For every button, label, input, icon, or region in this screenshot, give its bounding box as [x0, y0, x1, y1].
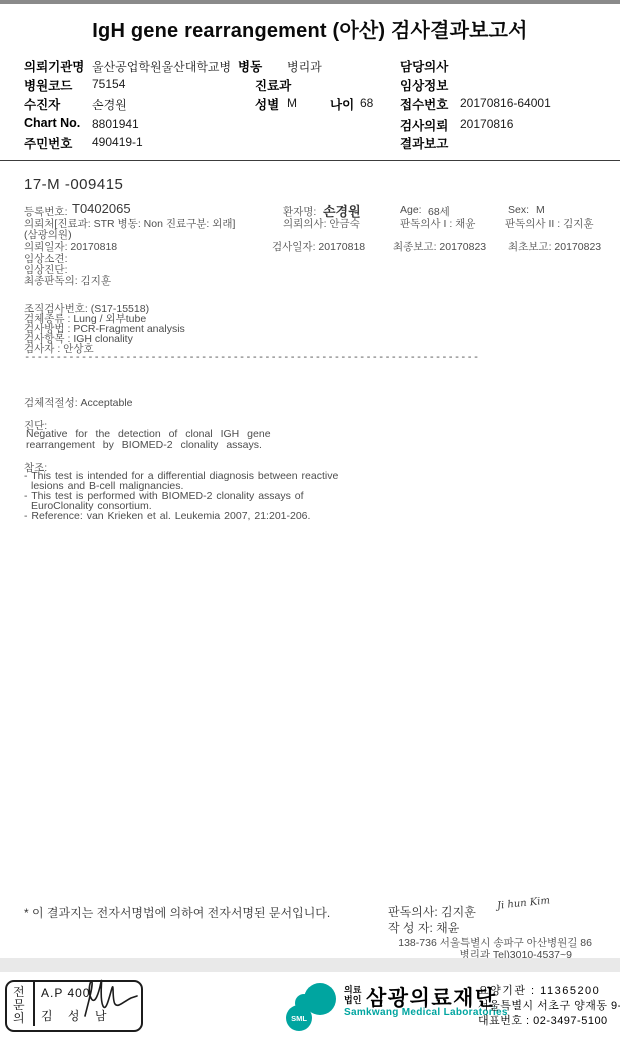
ref-note-5: - Reference: van Krieken et al. Leukemia…	[24, 510, 310, 522]
ward-label: 병동	[238, 57, 262, 75]
specimen-adequacy: 검체적절성: Acceptable	[24, 395, 133, 410]
sex-label: 성별	[255, 95, 279, 113]
reader-handwritten-signature: Ji hun Kim	[497, 895, 551, 911]
department-label: 진료과	[255, 76, 291, 94]
sml-logo-text: SML	[291, 1014, 307, 1023]
test-request-value: 20170816	[460, 117, 513, 131]
chart-no-value: 8801941	[92, 117, 139, 131]
reader1: 판독의사 I : 채윤	[400, 216, 475, 231]
reader2: 판독의사 II : 김지훈	[505, 216, 594, 231]
clinical-info-label: 임상정보	[400, 76, 448, 94]
writer-line: 작 성 자: 채윤	[388, 919, 459, 936]
dashed-divider: ----------------------------------------…	[24, 351, 479, 363]
org-type-line1: 의료	[344, 986, 361, 995]
report-title: IgH gene rearrangement (아산) 검사결과보고서	[0, 14, 620, 43]
sml-logo-icon: SML	[283, 982, 341, 1034]
header-divider	[0, 160, 620, 161]
attending-doctor-label: 담당의사	[400, 57, 448, 75]
reg-no-value: T0402065	[72, 201, 131, 216]
receipt-no-value: 20170816-64001	[460, 96, 551, 110]
patient-value: 손경원	[92, 96, 127, 113]
test-request-label: 검사의뢰	[400, 116, 448, 134]
specialist-role-label: 전문의	[13, 986, 27, 1025]
diagnosis-line2: rearrangement by BIOMED-2 clonality assa…	[26, 439, 262, 451]
hospital-code-label: 병원코드	[24, 76, 72, 94]
bottom-gray-band	[0, 958, 620, 972]
sex-label-en: Sex:	[508, 204, 529, 216]
final-reader: 최종판독의: 김지훈	[24, 273, 111, 288]
reader-signature-line: 판독의사: 김지훈	[388, 903, 476, 920]
ward-value: 병리과	[287, 58, 322, 75]
resident-no-value: 490419-1	[92, 135, 143, 149]
result-report-label: 결과보고	[400, 134, 448, 152]
top-bar	[0, 0, 620, 4]
final-report-date: 최종보고: 20170823	[393, 239, 486, 254]
stamp-divider	[33, 982, 35, 1026]
patient-label: 수진자	[24, 95, 60, 113]
age-label-en: Age:	[400, 204, 422, 216]
lab-report-page: IgH gene rearrangement (아산) 검사결과보고서 의뢰기관…	[0, 0, 620, 1037]
care-institution-number: 요양기관 : 11365200	[478, 982, 600, 998]
test-date: 검사일자: 20170818	[272, 239, 365, 254]
first-report-date: 최초보고: 20170823	[508, 239, 601, 254]
resident-no-label: 주민번호	[24, 134, 72, 152]
org-type-line2: 법인	[344, 996, 361, 1005]
hospital-code-value: 75154	[92, 77, 125, 91]
org-address: 서울특별시 서초구 양재동 9-	[478, 997, 620, 1013]
age-label: 나이	[330, 95, 354, 113]
receipt-no-label: 접수번호	[400, 95, 448, 113]
chart-no-label: Chart No.	[24, 116, 80, 130]
sex-value: M	[287, 96, 297, 110]
signature-scribble	[79, 972, 141, 1024]
age-value: 68	[360, 96, 373, 110]
esign-note: * 이 결과지는 전자서명법에 의하여 전자서명된 문서입니다.	[24, 904, 330, 921]
sex-value-en: M	[536, 204, 545, 216]
org-label: 의뢰기관명	[24, 57, 84, 75]
org-phone: 대표번호 : 02-3497-5100	[478, 1012, 608, 1028]
specialist-stamp-box: 전문의 A.P 400 김 성 남	[5, 980, 143, 1032]
referring-doctor: 의뢰의사: 안금숙	[283, 216, 360, 231]
case-number: 17-M -009415	[24, 176, 123, 193]
org-value: 울산공업학원울산대학교병	[92, 58, 231, 75]
